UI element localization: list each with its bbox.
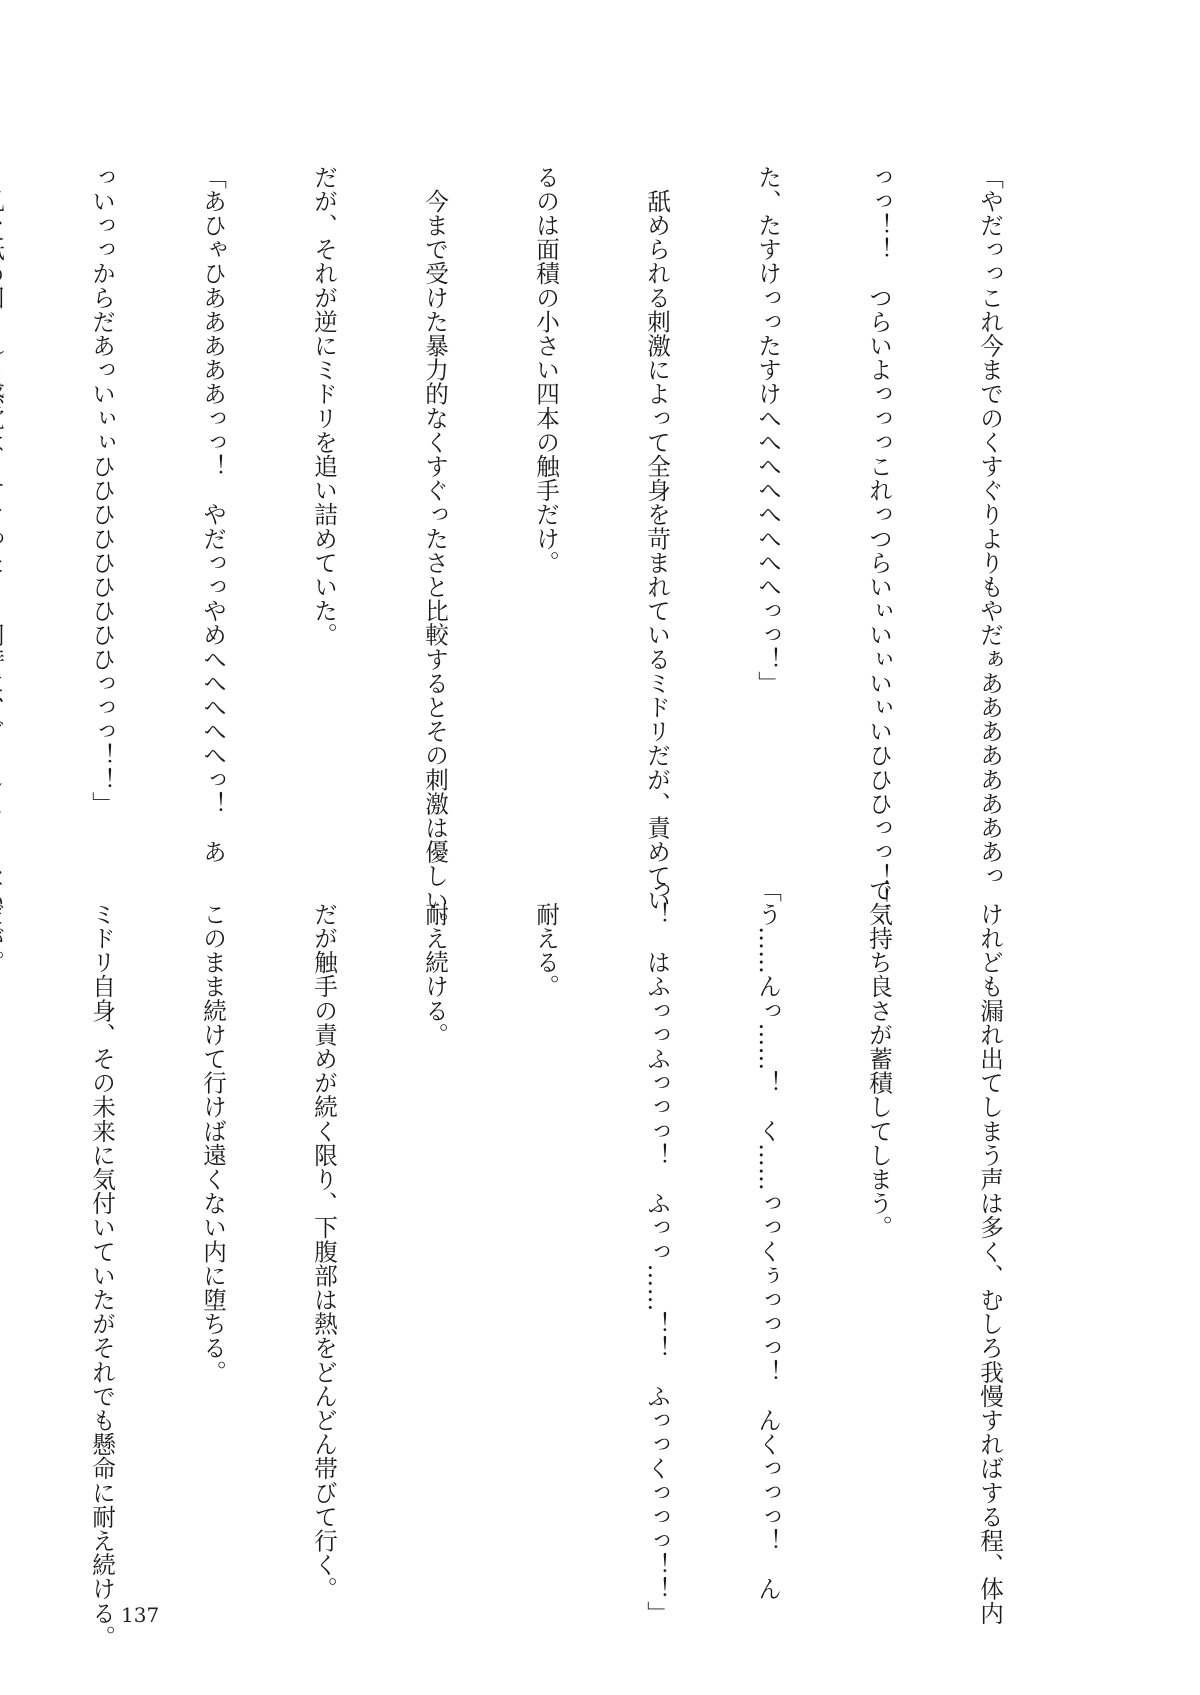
text-line: っ！ はふっっふっっっ！ ふっっ……！！ ふっっくっっっ！！」 [638,878,675,1528]
text-line: で気持ち良さが蓄積してしまう。 [860,878,897,1528]
text-line: っっ！！ つらいよっっっこれっつらいぃいぃいぃいひひひっっ！！ [860,165,897,815]
text-line: 「う……んっ……！ く……っっくぅっっっ！ んくっっっ！ ん [749,878,786,1528]
body-text-top-block: 「やだっっこれ今までのくすぐりよりもやだぁああああああああっ っっ！！ つらいよ… [0,165,1082,815]
text-line: 「あひゃひあああああっっ！ やだっっやめへへへへへっ！ あ [194,165,231,815]
text-line: だが、それが逆にミドリを追い詰めていた。 [305,165,342,815]
text-line: だが触手の責めが続く限り、下腹部は熱をどんどん帯びて行く。 [305,878,342,1528]
text-line: 耐える。 [527,878,564,1528]
text-line: た、たすけっったすけへへへへへへへへっっ！」 [749,165,786,815]
text-line: 舐められる刺激によって全身を苛まれているミドリだが、責めてい [638,165,675,815]
page-number: 137 [121,1603,159,1627]
text-line: このまま続けて行けば遠くない内に堕ちる。 [194,878,231,1528]
text-line: るのは面積の小さい四本の触手だけ。 [527,165,564,815]
body-text-bottom-block: けれども漏れ出てしまう声は多く、むしろ我慢すればする程、体内 で気持ち良さが蓄積… [0,878,1082,1528]
text-line: 肌を舐め回される感覚はくすぐったさと同時に、どうしようもない [0,165,9,815]
text-line: 耐え続ける。 [416,878,453,1528]
text-line: ミドリ自身、その未来に気付いていたがそれでも懸命に耐え続ける。 [83,878,120,1528]
text-line: だが。 [0,878,9,1528]
text-line: 今まで受けた暴力的なくすぐったさと比較するとその刺激は優しい。 [416,165,453,815]
text-line: 「やだっっこれ今までのくすぐりよりもやだぁああああああああっ [971,165,1008,815]
text-line: けれども漏れ出てしまう声は多く、むしろ我慢すればする程、体内 [971,878,1008,1528]
text-line: っいっっからだあっいぃぃひひひひひひひひひっっっ！！」 [83,165,120,815]
